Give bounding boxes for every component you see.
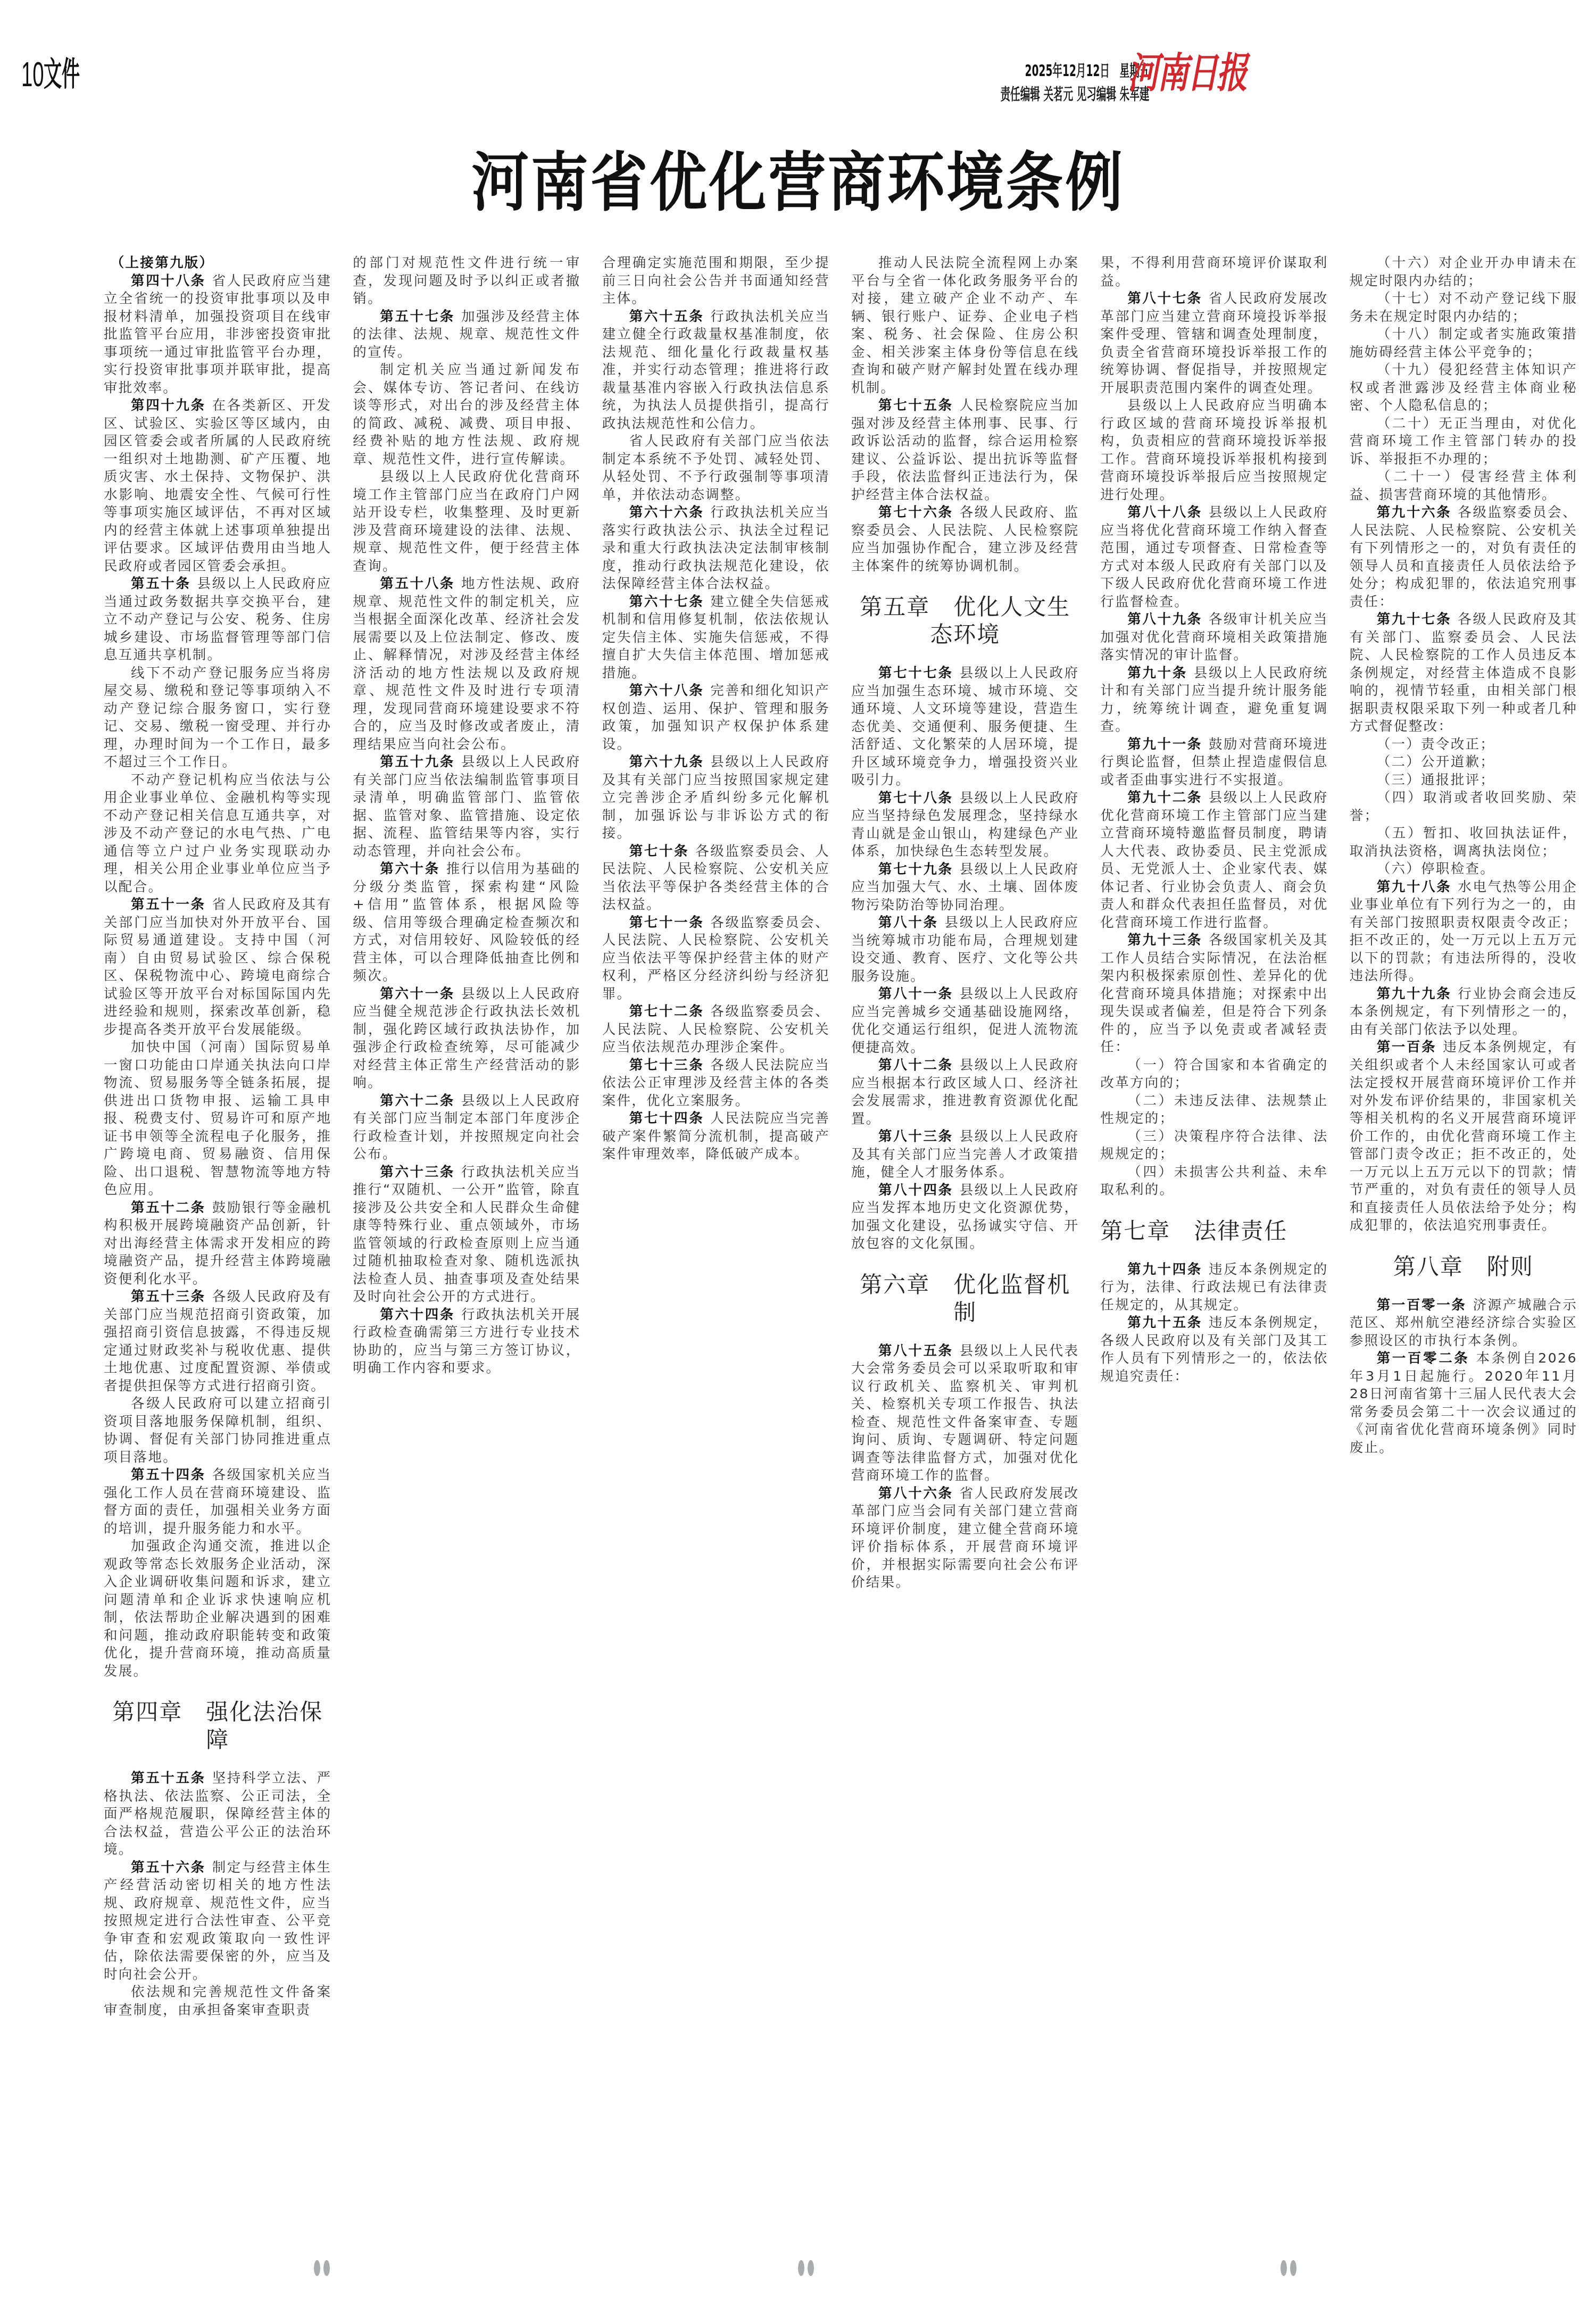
article-93: 第九十三条各级国家机关及其工作人员结合实际情况，在法治框架内积极探索原创性、差异… (1100, 932, 1328, 1057)
list-item: （二十一）侵害经营主体利益、损害营商环境的其他情形。 (1350, 468, 1577, 504)
article-68: 第六十八条完善和细化知识产权创造、运用、保护、管理和服务政策，加强知识产权保护体… (602, 682, 830, 753)
list-item: （二）未违反法律、法规禁止性规定的； (1100, 1092, 1328, 1128)
article-63: 第六十三条行政执法机关应当推行“双随机、一公开”监管，除直接涉及公共安全和人民群… (353, 1164, 580, 1306)
list-item: （四）未损害公共利益、未牟取私利的。 (1100, 1164, 1328, 1199)
article-54: 第五十四条各级国家机关应当强化工作人员在营商环境建设、监督方面的责任，加强相关业… (104, 1466, 331, 1538)
article-95: 第九十五条违反本条例规定，各级人民政府以及有关部门及其工作人员有下列情形之一的，… (1100, 1314, 1328, 1385)
article-71: 第七十一条各级监察委员会、人民法院、人民检察院、公安机关应当依法平等保护经营主体… (602, 914, 830, 1003)
article-64: 第六十四条行政执法机关开展行政检查确需第三方进行专业技术协助的，应当与第三方签订… (353, 1306, 580, 1377)
chapter-8-heading: 第八章 附则 (1350, 1253, 1577, 1281)
article-98: 第九十八条水电气热等公用企业事业单位有下列行为之一的，由有关部门按照职责权限责令… (1350, 878, 1577, 985)
column-4: 推动人民法院全流程网上办案平台与全省一体化政务服务平台的对接，建立破产企业不动产… (851, 254, 1079, 2223)
article-76: 第七十六条各级人民政府、监察委员会、人民法院、人民检察院应当加强协作配合，建立涉… (851, 504, 1079, 575)
print-registration-marks (0, 2260, 1596, 2281)
article-77: 第七十七条县级以上人民政府应当加强生态环境、城市环境、交通环境、人文环境等建设，… (851, 665, 1079, 790)
article-80: 第八十条县级以上人民政府应当统筹城市功能布局，合理规划建设交通、教育、医疗、文化… (851, 914, 1079, 985)
registration-mark (798, 2260, 804, 2276)
article-75: 第七十五条人民检察院应当加强对涉及经营主体刑事、民事、行政诉讼活动的监督，综合运… (851, 397, 1079, 504)
article-56-para: 依法规和完善规范性文件备案审查制度，由承担备案审查职责 (104, 1983, 331, 2019)
article-65-para: 省人民政府有关部门应当依法制定本系统不予处罚、减轻处罚、从轻处罚、不予行政强制等… (602, 433, 830, 504)
article-94: 第九十四条违反本条例规定的行为，法律、行政法规已有法律责任规定的，从其规定。 (1100, 1261, 1328, 1315)
article-74: 第七十四条人民法院应当完善破产案件繁简分流机制，提高破产案件审理效率，降低破产成… (602, 1110, 830, 1164)
registration-mark (1281, 2260, 1287, 2276)
list-item: （十八）制定或者实施政策措施妨碍经营主体公平竞争的； (1350, 326, 1577, 361)
column-5: 果，不得利用营商环境评价谋取利益。 第八十七条省人民政府发展改革部门应当建立营商… (1100, 254, 1328, 2223)
registration-mark (323, 2260, 330, 2276)
continued-text: 推动人民法院全流程网上办案平台与全省一体化政务服务平台的对接，建立破产企业不动产… (851, 254, 1079, 397)
column-2: 的部门对规范性文件进行统一审查，发现问题及时予以纠正或者撤销。 第五十七条加强涉… (353, 254, 580, 2223)
article-82: 第八十二条县级以上人民政府应当根据本行政区域人口、经济社会发展需求，推进教育资源… (851, 1057, 1079, 1128)
article-79: 第七十九条县级以上人民政府应当加强大气、水、土壤、固体废物污染防治等协同治理。 (851, 861, 1079, 915)
list-item: （四）取消或者收回奖励、荣誉； (1350, 789, 1577, 825)
article-57-para: 县级以上人民政府优化营商环境工作主管部门应当在政府门户网站开设专栏，收集整理、及… (353, 468, 580, 575)
list-item: （三）通报批评； (1350, 771, 1577, 790)
article-73: 第七十三条各级人民法院应当依法公正审理涉及经营主体的各类案件，优化立案服务。 (602, 1057, 830, 1110)
registration-mark (1290, 2260, 1296, 2276)
article-85: 第八十五条县级以上人民代表大会常务委员会可以采取听取和审议行政机关、监察机关、审… (851, 1342, 1079, 1485)
article-49: 第四十九条在各类新区、开发区、试验区、实验区等区域内，由园区管委会或者所属的人民… (104, 397, 331, 575)
list-item: （三）决策程序符合法律、法规规定的； (1100, 1128, 1328, 1164)
chapter-6-heading: 第六章 优化监督机制 (851, 1271, 1079, 1326)
article-92: 第九十二条县级以上人民政府优化营商环境工作主管部门应当建立营商环境特邀监督员制度… (1100, 789, 1328, 932)
article-columns: （上接第九版） 第四十八条省人民政府应当建立全省统一的投资审批事项以及申报材料清… (104, 254, 1577, 2223)
article-99: 第九十九条行业协会商会违反本条例规定，有下列情形之一的，由有关部门依法予以处理。 (1350, 985, 1577, 1039)
article-53: 第五十三条各级人民政府及有关部门应当规范招商引资政策，加强招商引资信息披露，不得… (104, 1288, 331, 1395)
column-1: （上接第九版） 第四十八条省人民政府应当建立全省统一的投资审批事项以及申报材料清… (104, 254, 331, 2223)
article-66: 第六十六条行政执法机关应当落实行政执法公示、执法全过程记录和重大行政执法决定法制… (602, 504, 830, 593)
registration-mark (808, 2260, 814, 2276)
article-96: 第九十六条各级监察委员会、人民法院、人民检察院、公安机关有下列情形之一的，对负有… (1350, 504, 1577, 611)
article-52: 第五十二条鼓励银行等金融机构积极开展跨境融资产品创新，针对出海经营主体需求开发相… (104, 1199, 331, 1289)
list-item: （十七）对不动产登记线下服务未在规定时限内办结的； (1350, 290, 1577, 326)
continued-text: 合理确定实施范围和期限，至少提前三日向社会公告并书面通知经营主体。 (602, 254, 830, 308)
article-59: 第五十九条县级以上人民政府有关部门应当依法编制监管事项目录清单，明确监管部门、监… (353, 753, 580, 860)
section-name: 文件 (44, 57, 80, 92)
list-item: （二）公开道歉； (1350, 753, 1577, 771)
article-97: 第九十七条各级人民政府及其有关部门、监察委员会、人民法院、人民检察院的工作人员违… (1350, 611, 1577, 736)
article-72: 第七十二条各级监察委员会、人民法院、人民检察院、公安机关应当依法规范办理涉企案件… (602, 1003, 830, 1057)
masthead: 10 文件 2025年12月12日 星期五 责任编辑 关茗元 见习编辑 朱军建 … (0, 0, 1596, 117)
article-69: 第六十九条县级以上人民政府及其有关部门应当按照国家规定建立完善涉企矛盾纠纷多元化… (602, 753, 830, 843)
headline-text: 河南省优化营商环境条例 (471, 149, 1125, 218)
page-headline: 河南省优化营商环境条例 (0, 149, 1596, 218)
page-number: 10 (21, 57, 44, 92)
article-78: 第七十八条县级以上人民政府应当坚持绿色发展理念，坚持绿水青山就是金山银山，构建绿… (851, 790, 1079, 861)
article-57-para: 制定机关应当通过新闻发布会、媒体专访、答记者问、在线访谈等形式，对出台的涉及经营… (353, 361, 580, 468)
article-51-para: 加快中国（河南）国际贸易单一窗口功能由口岸通关执法向口岸物流、贸易服务等全链条拓… (104, 1039, 331, 1199)
article-50-para: 不动产登记机构应当依法与公用企业事业单位、金融机构等实现不动产登记相关信息互通共… (104, 771, 331, 896)
continued-text: 果，不得利用营商环境评价谋取利益。 (1100, 254, 1328, 290)
column-6: （十六）对企业开办申请未在规定时限内办结的； （十七）对不动产登记线下服务未在规… (1350, 254, 1577, 2223)
list-item: （五）暂扣、收回执法证件，取消执法资格，调离执法岗位； (1350, 825, 1577, 860)
article-89: 第八十九条各级审计机关应当加强对优化营商环境相关政策措施落实情况的审计监督。 (1100, 611, 1328, 665)
article-50-para: 线下不动产登记服务应当将房屋交易、缴税和登记等事项纳入不动产登记综合服务窗口，实… (104, 665, 331, 771)
registration-mark (314, 2260, 320, 2276)
article-62: 第六十二条县级以上人民政府有关部门应当制定本部门年度涉企行政检查计划，并按照规定… (353, 1092, 580, 1164)
article-70: 第七十条各级监察委员会、人民法院、人民检察院、公安机关应当依法平等保护各类经营主… (602, 843, 830, 914)
chapter-4-heading: 第四章 强化法治保障 (104, 1698, 331, 1754)
newspaper-logo: 河南日报 (1128, 52, 1246, 95)
continued-text: 的部门对规范性文件进行统一审查，发现问题及时予以纠正或者撤销。 (353, 254, 580, 308)
article-48: 第四十八条省人民政府应当建立全省统一的投资审批事项以及申报材料清单，加强投资项目… (104, 272, 331, 397)
article-65: 第六十五条行政执法机关应当建立健全行政裁量权基准制度，依法规范、细化量化行政裁量… (602, 308, 830, 433)
article-51: 第五十一条省人民政府及其有关部门应当加快对外开放平台、国际贸易通道建设。支持中国… (104, 896, 331, 1039)
article-87: 第八十七条省人民政府发展改革部门应当建立营商环境投诉举报案件受理、管辖和调查处理… (1100, 290, 1328, 397)
article-91: 第九十一条鼓励对营商环境进行舆论监督，但禁止捏造虚假信息或者歪曲事实进行不实报道… (1100, 736, 1328, 790)
chapter-5-heading: 第五章 优化人文生态环境 (851, 593, 1079, 649)
article-60: 第六十条推行以信用为基础的分级分类监管，探索构建“风险+信用”监管体系，根据风险… (353, 860, 580, 985)
article-88: 第八十八条县级以上人民政府应当将优化营商环境工作纳入督查范围，通过专项督查、日常… (1100, 504, 1328, 611)
list-item: （六）停职检查。 (1350, 860, 1577, 878)
dateline: 2025年12月12日 星期五 责任编辑 关茗元 见习编辑 朱军建 (1000, 60, 1149, 106)
list-item: （十六）对企业开办申请未在规定时限内办结的； (1350, 254, 1577, 290)
chapter-7-heading: 第七章 法律责任 (1100, 1217, 1328, 1245)
list-item: （二十）无正当理由，对优化营商环境工作主管部门转办的投诉、举报拒不办理的； (1350, 415, 1577, 469)
article-90: 第九十条县级以上人民政府统计和有关部门应当提升统计服务能力，统筹统计调查，避免重… (1100, 665, 1328, 736)
editor-credits: 责任编辑 关茗元 见习编辑 朱军建 (1000, 83, 1149, 106)
article-53-para: 各级人民政府可以建立招商引资项目落地服务保障机制，组织、协调、督促有关部门协同推… (104, 1395, 331, 1466)
article-55: 第五十五条坚持科学立法、严格执法、依法监察、公正司法，全面严格规范履职，保障经营… (104, 1770, 331, 1859)
article-81: 第八十一条县级以上人民政府应当完善城乡交通基础设施网络，优化交通运行组织，促进人… (851, 985, 1079, 1057)
column-3: 合理确定实施范围和期限，至少提前三日向社会公告并书面通知经营主体。 第六十五条行… (602, 254, 830, 2223)
article-61: 第六十一条县级以上人民政府应当健全规范涉企行政执法长效机制，强化跨区域行政执法协… (353, 985, 580, 1092)
article-87-para: 县级以上人民政府应当明确本行政区域的营商环境投诉举报机构，负责相应的营商环境投诉… (1100, 397, 1328, 504)
article-54-para: 加强政企沟通交流，推进以企观政等常态长效服务企业活动，深入企业调研收集问题和诉求… (104, 1538, 331, 1680)
list-item: （十九）侵犯经营主体知识产权或者泄露涉及经营主体商业秘密、个人隐私信息的； (1350, 361, 1577, 415)
article-50: 第五十条县级以上人民政府应当通过政务数据共享交换平台，建立不动产登记与公安、税务… (104, 575, 331, 665)
list-item: （一）责令改正； (1350, 736, 1577, 754)
article-83: 第八十三条县级以上人民政府及其有关部门应当完善人才政策措施，健全人才服务体系。 (851, 1128, 1079, 1182)
article-58: 第五十八条地方性法规、政府规章、规范性文件的制定机关，应当根据全面深化改革、经济… (353, 575, 580, 753)
article-101: 第一百零一条济源产城融合示范区、郑州航空港经济综合实验区参照设区的市执行本条例。 (1350, 1297, 1577, 1350)
article-102: 第一百零二条本条例自2026年3月1日起施行。2020年11月28日河南省第十三… (1350, 1350, 1577, 1457)
article-86: 第八十六条省人民政府发展改革部门应当会同有关部门建立营商环境评价制度，建立健全营… (851, 1485, 1079, 1592)
publish-date: 2025年12月12日 星期五 (1000, 60, 1149, 83)
continued-note: （上接第九版） (104, 254, 331, 272)
article-57: 第五十七条加强涉及经营主体的法律、法规、规章、规范性文件的宣传。 (353, 308, 580, 362)
article-67: 第六十七条建立健全失信惩戒机制和信用修复机制，依法依规认定失信主体、实施失信惩戒… (602, 593, 830, 683)
article-100: 第一百条违反本条例规定，有关组织或者个人未经国家认可或者法定授权开展营商环境评价… (1350, 1039, 1577, 1235)
article-56: 第五十六条制定与经营主体生产经营活动密切相关的地方性法规、政府规章、规范性文件，… (104, 1859, 331, 1984)
article-84: 第八十四条县级以上人民政府应当发挥本地历史文化资源优势，加强文化建设，弘扬诚实守… (851, 1182, 1079, 1253)
list-item: （一）符合国家和本省确定的改革方向的； (1100, 1057, 1328, 1092)
